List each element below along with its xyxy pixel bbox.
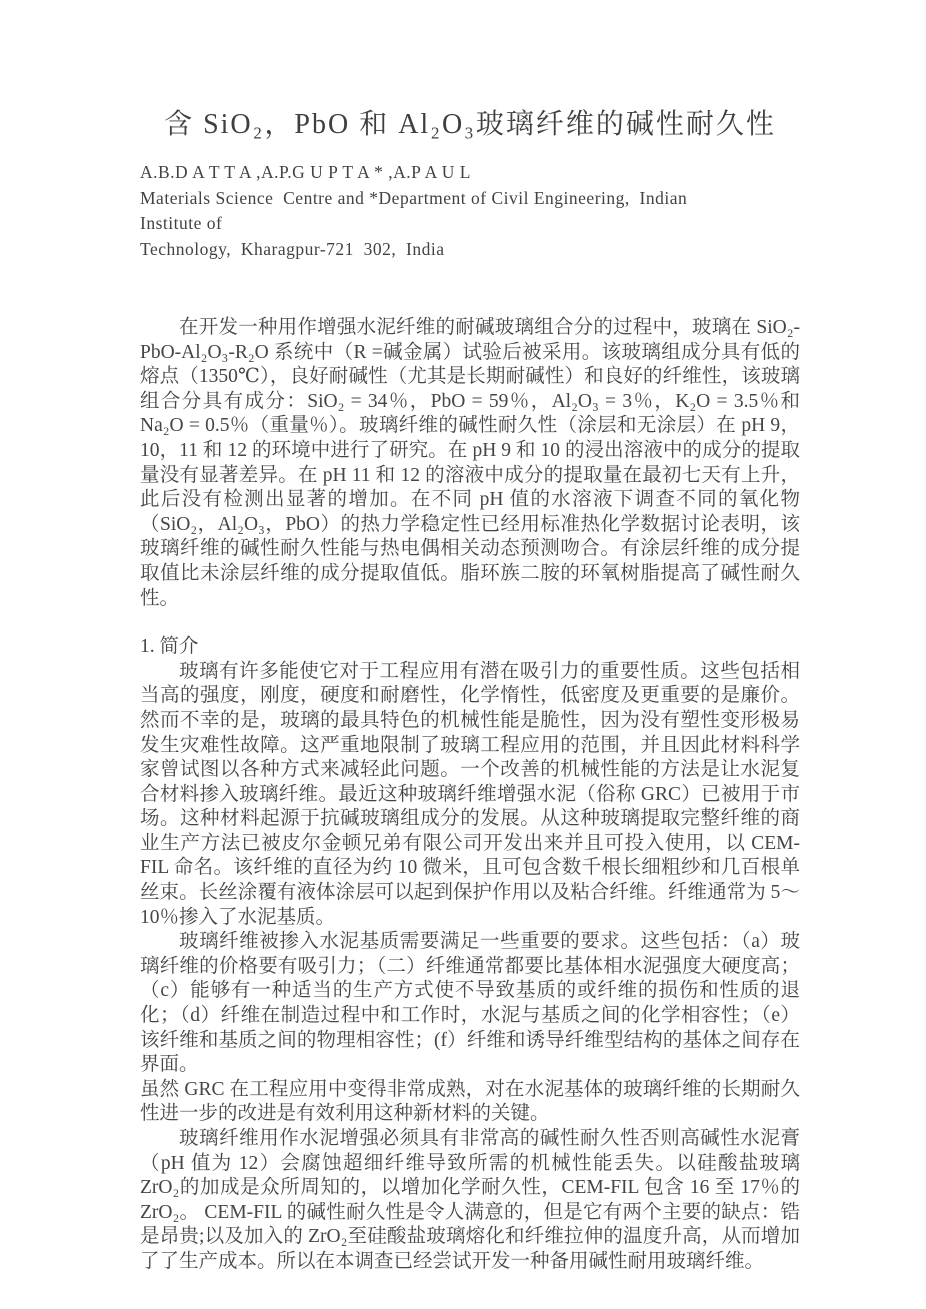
section-1-paragraph-1: 玻璃有许多能使它对于工程应用有潜在吸引力的重要性质。这些包括相当高的强度，刚度，… bbox=[140, 660, 800, 931]
affiliation-line-3: Technology, Kharagpur-721 302, India bbox=[140, 237, 800, 263]
section-1-paragraph-3: 虽然 GRC 在工程应用中变得非常成熟，对在水泥基体的玻璃纤维的长期耐久性进一步… bbox=[140, 1078, 800, 1127]
affiliation-line-1: Materials Science Centre and *Department… bbox=[140, 186, 800, 212]
section-1-heading: 1. 简介 bbox=[140, 635, 800, 660]
document-body: 在开发一种用作增强水泥纤维的耐碱玻璃组合分的过程中，玻璃在 SiO₂-PbO-A… bbox=[140, 316, 800, 1275]
byline-block: A.B.D A T T A ,A.P.G U P T A * ,A.P A U … bbox=[140, 160, 800, 262]
paper-title: 含 SiO₂，PbO 和 Al₂O₃玻璃纤维的碱性耐久性 bbox=[140, 106, 800, 144]
authors-line: A.B.D A T T A ,A.P.G U P T A * ,A.P A U … bbox=[140, 160, 800, 186]
section-1-paragraph-2: 玻璃纤维被掺入水泥基质需要满足一些重要的要求。这些包括：（a）玻璃纤维的价格要有… bbox=[140, 930, 800, 1078]
document-page: 含 SiO₂，PbO 和 Al₂O₃玻璃纤维的碱性耐久性 A.B.D A T T… bbox=[0, 0, 926, 1309]
abstract-paragraph: 在开发一种用作增强水泥纤维的耐碱玻璃组合分的过程中，玻璃在 SiO₂-PbO-A… bbox=[140, 316, 800, 611]
affiliation-line-2: Institute of bbox=[140, 211, 800, 237]
section-1-paragraph-4: 玻璃纤维用作水泥增强必须具有非常高的碱性耐久性否则高碱性水泥膏（pH 值为 12… bbox=[140, 1127, 800, 1275]
